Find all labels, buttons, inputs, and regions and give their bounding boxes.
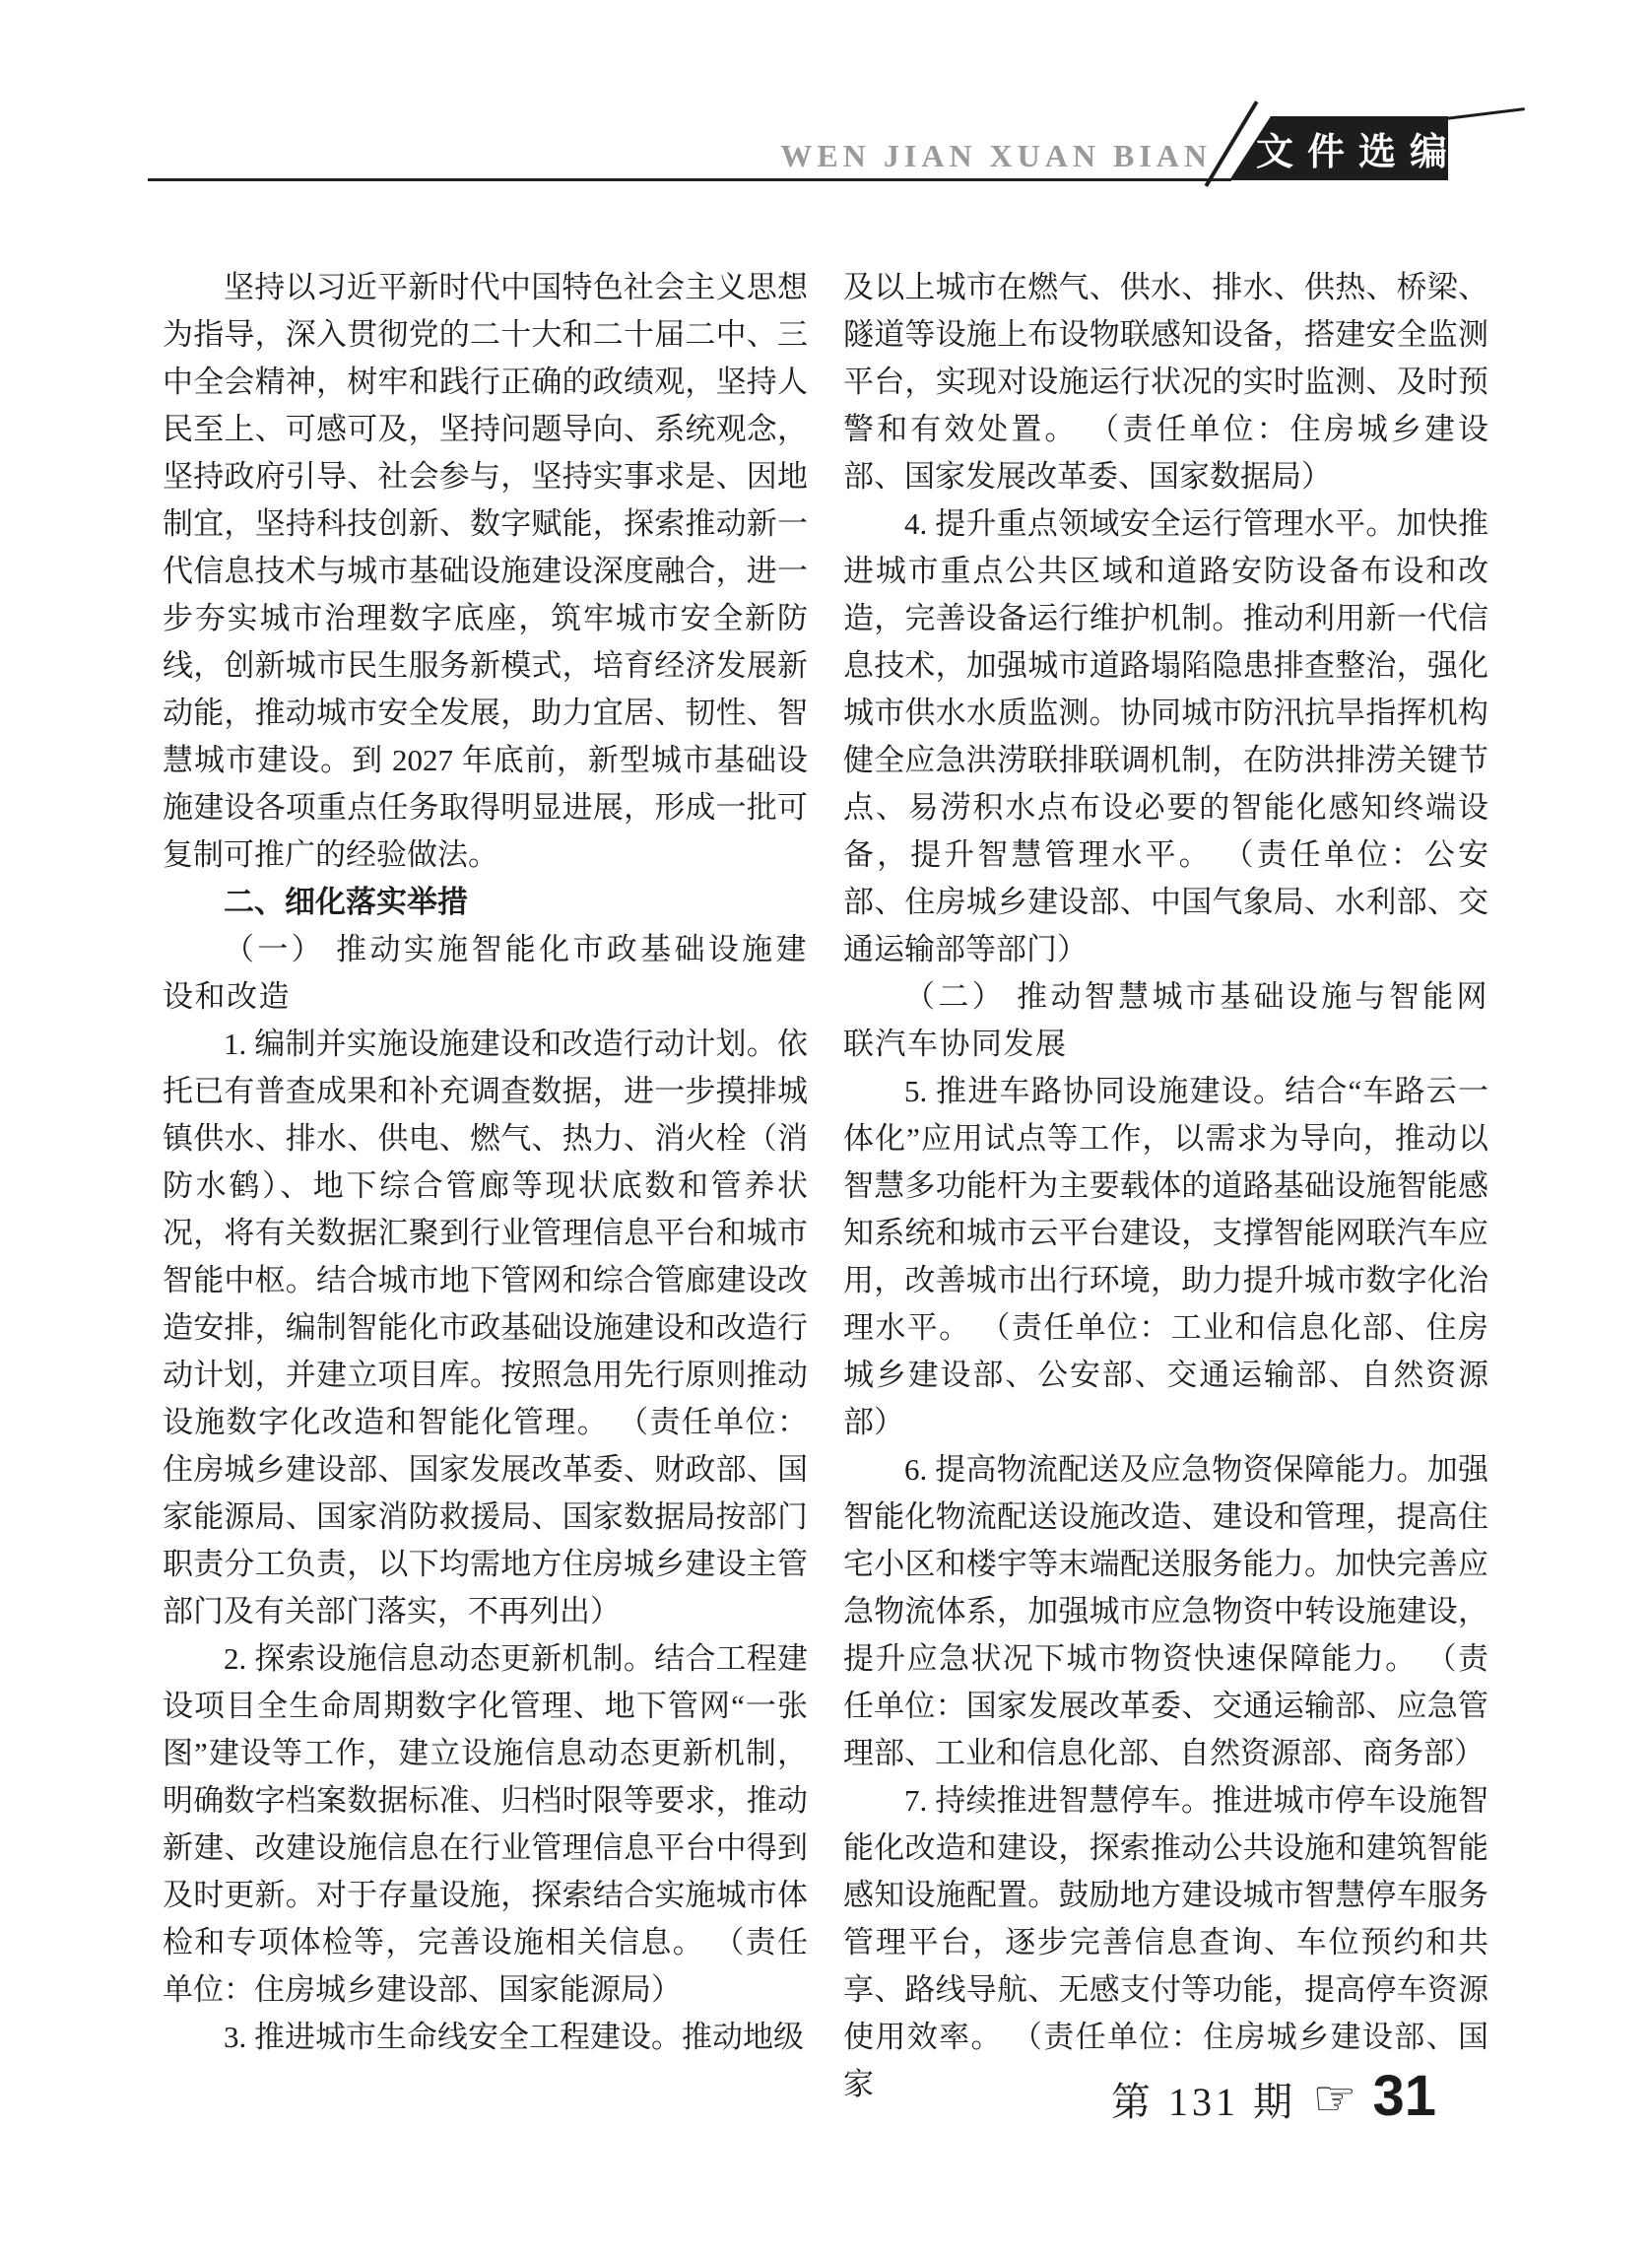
paragraph: 7. 持续推进智慧停车。推进城市停车设施智能化改造和建设，探索推动公共设施和建筑…: [843, 1777, 1488, 2108]
paragraph: 6. 提高物流配送及应急物资保障能力。加强智能化物流配送设施改造、建设和管理，提…: [843, 1446, 1488, 1777]
badge-tail-line: [1446, 107, 1525, 120]
document-page: WEN JIAN XUAN BIAN 文件选编 坚持以习近平新时代中国特色社会主…: [0, 0, 1652, 2258]
text-column-right: 及以上城市在燃气、供水、排水、供热、桥梁、隧道等设施上布设物联感知设备，搭建安全…: [843, 264, 1488, 2108]
issue-number: 第 131 期: [1111, 2071, 1296, 2127]
paragraph: （二） 推动智慧城市基础设施与智能网联汽车协同发展: [843, 973, 1488, 1068]
text-column-left: 坚持以习近平新时代中国特色社会主义思想为指导，深入贯彻党的二十大和二十届二中、三…: [163, 264, 808, 2108]
header-badge: 文件选编: [1229, 116, 1448, 180]
text-body: 坚持以习近平新时代中国特色社会主义思想为指导，深入贯彻党的二十大和二十届二中、三…: [163, 264, 1488, 2108]
paragraph: 4. 提升重点领域安全运行管理水平。加快推进城市重点公共区域和道路安防设备布设和…: [843, 500, 1488, 973]
paragraph: 二、细化落实举措: [163, 879, 808, 926]
pointing-hand-icon: ☞: [1312, 2079, 1356, 2118]
paragraph: 坚持以习近平新时代中国特色社会主义思想为指导，深入贯彻党的二十大和二十届二中、三…: [163, 264, 808, 879]
page-number: 31: [1372, 2063, 1436, 2129]
paragraph: 3. 推进城市生命线安全工程建设。推动地级: [163, 2014, 808, 2061]
header-latin-title: WEN JIAN XUAN BIAN: [0, 138, 1212, 174]
header-rule: [148, 178, 1231, 181]
paragraph: 5. 推进车路协同设施建设。结合“车路云一体化”应用试点等工作，以需求为导向，推…: [843, 1068, 1488, 1446]
paragraph: 2. 探索设施信息动态更新机制。结合工程建设项目全生命周期数字化管理、地下管网“…: [163, 1635, 808, 2014]
paragraph: 1. 编制并实施设施建设和改造行动计划。依托已有普查成果和补充调查数据，进一步摸…: [163, 1021, 808, 1635]
page-footer: 第 131 期 ☞ 31: [1111, 2063, 1436, 2129]
paragraph: （一） 推动实施智能化市政基础设施建设和改造: [163, 926, 808, 1021]
header-badge-label: 文件选编: [1217, 121, 1461, 175]
paragraph: 及以上城市在燃气、供水、排水、供热、桥梁、隧道等设施上布设物联感知设备，搭建安全…: [843, 264, 1488, 500]
